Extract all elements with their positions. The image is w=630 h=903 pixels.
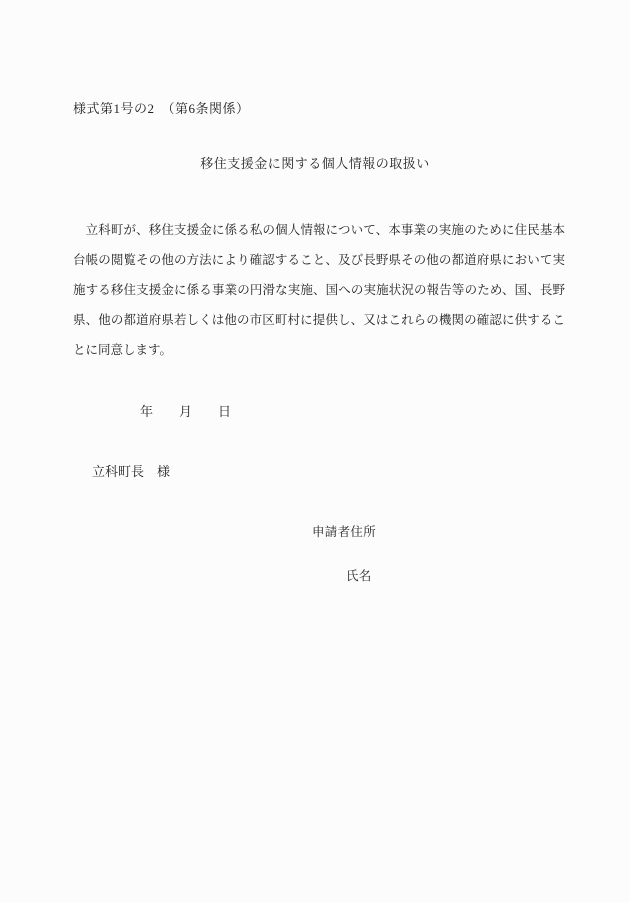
paragraph-line-5: とに同意します。: [73, 335, 565, 365]
consent-paragraph: 立科町が、移住支援金に係る私の個人情報について、本事業の実施のために住民基本 台…: [73, 215, 565, 365]
date-fill-in-line: 年 月 日: [140, 401, 231, 420]
document-title: 移住支援金に関する個人情報の取扱い: [0, 153, 630, 172]
addressee-line: 立科町長 様: [92, 461, 170, 480]
document-page: 様式第1号の2 （第6条関係） 移住支援金に関する個人情報の取扱い 立科町が、移…: [0, 0, 630, 903]
paragraph-line-1: 立科町が、移住支援金に係る私の個人情報について、本事業の実施のために住民基本: [73, 215, 565, 245]
applicant-name-label: 氏名: [346, 566, 372, 584]
applicant-address-label: 申請者住所: [312, 522, 376, 540]
paragraph-line-3: 施する移住支援金に係る事業の円滑な実施、国への実施状況の報告等のため、国、長野: [73, 275, 565, 305]
paragraph-line-2: 台帳の閲覧その他の方法により確認すること、及び長野県その他の都道府県において実: [73, 245, 565, 275]
form-number: 様式第1号の2 （第6条関係）: [73, 98, 250, 117]
paragraph-line-4: 県、他の都道府県若しくは他の市区町村に提供し、又はこれらの機関の確認に供するこ: [73, 305, 565, 335]
